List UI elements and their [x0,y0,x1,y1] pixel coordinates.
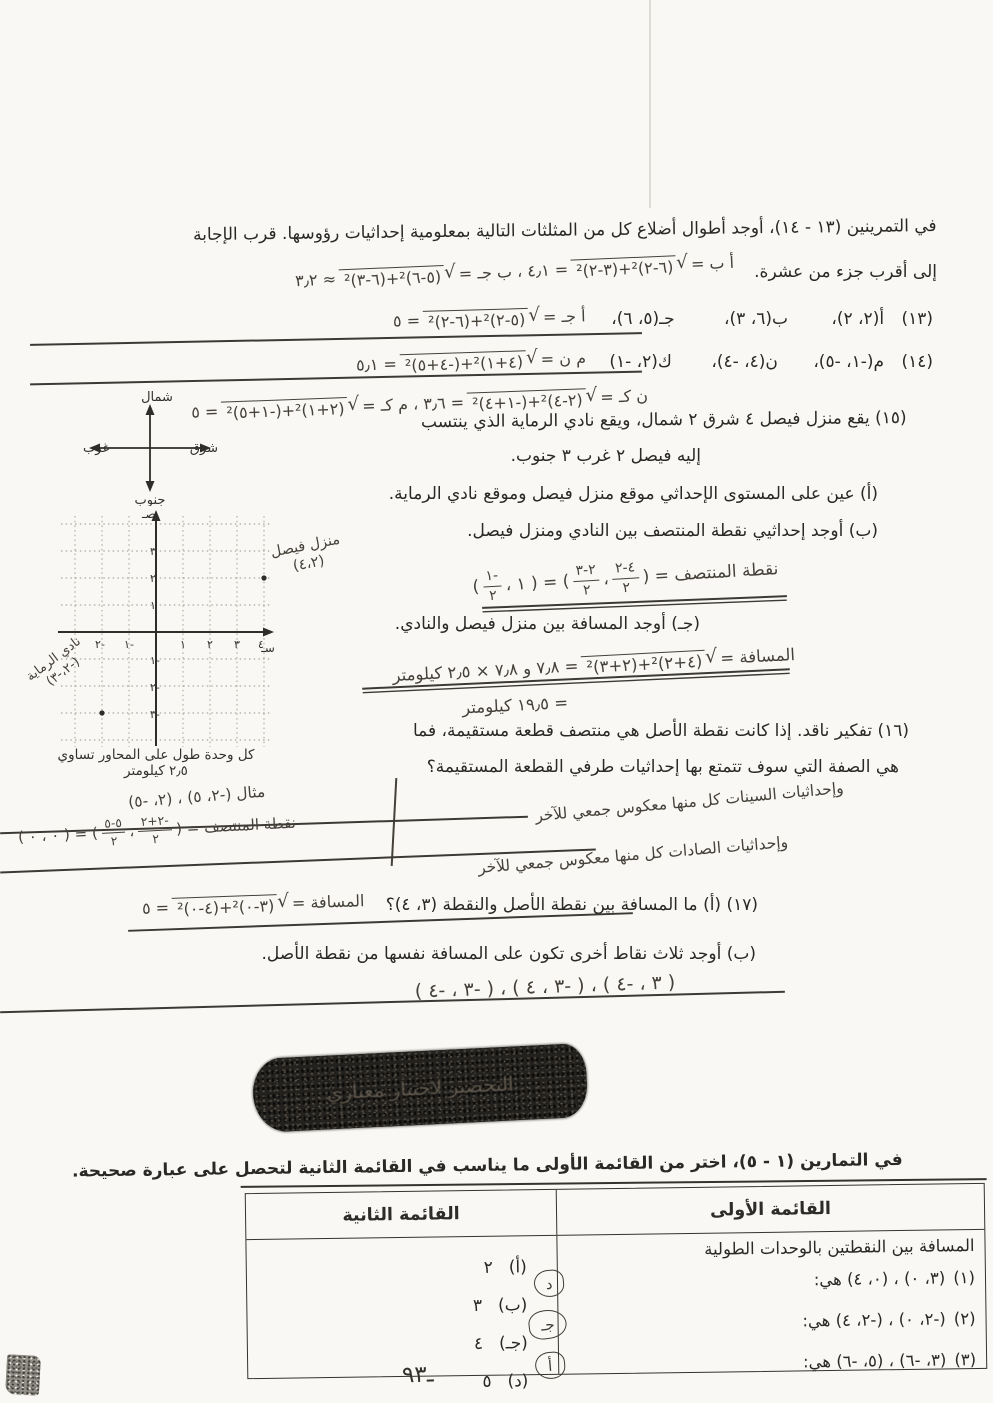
matching-table: القائمة الأولى القائمة الثانية المسافة ب… [245,1183,988,1379]
sqrt-symbol: √ [585,386,597,407]
exercise-13-number: (١٣) [901,309,933,329]
x-tick-4: ٤ [258,638,264,651]
matching-intro: في التمارين (١ - ٥)، اختر من القائمة الأ… [72,1150,903,1182]
x-tick-3: ٣ [234,638,240,651]
x-tick-neg1: -١ [124,638,134,651]
radical: √(٥-٦)²+(٦-٣)² [339,264,457,290]
y-tick-1: ١ [150,599,156,612]
house-point-label: منزل فيصل (٤،٢) [269,531,345,580]
sqrt-symbol: √ [277,892,289,913]
handwritten-midpoint-16: نقطة المنتصف = (-٢+٢٢،٥-٥٢) = ( ٠ ، ٠ ) [17,808,296,853]
compass-east-label: شرق [190,441,218,456]
x-tick-2: ٢ [207,638,213,651]
sqrt-symbol: √ [705,647,718,669]
matching-item-1: (١) (٣، ٠) ، (٠، ٤) هي: د [558,1257,976,1304]
y-tick-neg2: -٢ [150,681,160,694]
matching-item-3: (٣) (٣، -٦) ، (٥، -٦) هي: أ [559,1339,977,1386]
south-arrowhead [146,481,155,492]
handwritten-answer-16-row2: وإحداثيات الصادات كل منها معكوس جمعي للآ… [477,833,788,877]
handwritten-answer-circle-3: أ [534,1351,566,1380]
y-tick-neg1: -١ [150,654,160,667]
sqrt-symbol: √ [526,348,538,369]
handwritten-answer-16-row1: وإحداثيات السينات كل منها معكوس جمعي للآ… [534,779,844,825]
point-a: أ(٢، ٢)، [831,309,884,329]
y-tick-3: ٣ [150,545,156,558]
exercise-14-row: (١٤) م(-١، -٥)، ن(٤، -٤)، ك(٢، -١) م ن =… [356,352,933,373]
exercise-16-line2: هي الصفة التي سوف تتمتع بها إحداثيات طرف… [427,757,899,777]
radical: √(٢-٤)²+(-١+٤)² [467,388,598,414]
exercise-15-line1: (١٥) يقع منزل فيصل ٤ شرق ٢ شمال، ويقع نا… [421,408,907,432]
point-m: م(-١، -٥)، [813,352,884,372]
exercise-15-part-b: (ب) أوجد إحداثيي نقطة المنتصف بين النادي… [467,521,878,541]
option-a: (أ) ٢ [247,1248,527,1290]
sqrt-symbol: √ [444,262,457,283]
exercise-14-number: (١٤) [901,352,933,372]
handwritten-work-17a: المسافة =√(٣-٠)²+(٤-٠)²= ٥ [142,891,365,920]
handwritten-divider-bar [391,778,398,866]
point-k: ك(٢، -١) [609,352,672,372]
y-tick-neg3: -٣ [150,708,160,721]
compass-west-label: غرب [83,441,109,456]
exercise-13-row: (١٣) أ(٢، ٢)، ب(٦، ٣)، جـ(٥، ٦)، أ جـ =√… [393,309,933,330]
house-point [261,575,266,580]
point-c: جـ(٥، ٦)، [611,309,674,329]
sqrt-symbol: √ [676,253,689,274]
scan-edge-line [649,0,651,208]
handwritten-answer-circle-2: جـ [527,1308,568,1341]
intro-line1: في التمرينين (١٣ - ١٤)، أوجد أطوال أضلاع… [193,216,937,245]
second-list-header: القائمة الثانية [246,1190,557,1239]
exercise-16-line1: (١٦) تفكير ناقد. إذا كانت نقطة الأصل هي … [413,721,909,741]
exercise-17-part-b: (ب) أوجد ثلاث نقاط أخرى تكون على المسافة… [262,944,757,964]
x-tick-1: ١ [180,638,186,651]
fraction: -٢+٢٢ [137,814,173,847]
radical: √(٤+١)²+(-٤+٥)² [399,350,538,375]
handwritten-example-16: مثال (-٢، ٥) ، (٢، -٥) [128,783,266,812]
sqrt-symbol: √ [528,306,540,327]
radical: √(٦-٢)²+(٣-٢)² [571,255,689,281]
exercise-17-part-a: (١٧) (أ) ما المسافة بين نقطة الأصل والنق… [386,895,758,915]
handwritten-work-13ab: أ ب =√(٦-٢)²+(٣-٢)²= ٤٫١ ، ب جـ =√(٥-٦)²… [295,253,735,292]
radical: √(٣-٠)²+(٤-٠)² [172,894,290,919]
y-tick-2: ٢ [150,572,156,585]
matching-item-2: (٢) (-٢، ٠) ، (-٢، ٤) هي: جـ [558,1298,976,1345]
fraction: ٤-٢٢ [611,560,639,596]
fraction: ٢-٣٢ [572,563,600,599]
exercise-15-line2: إليه فيصل ٢ غرب ٣ جنوب. [511,446,701,466]
point-n: ن(٤، -٤)، [711,352,778,372]
option-d: (د) ٥ [248,1362,528,1403]
intro-line2-row: إلى أقرب جزء من عشرة. أ ب =√(٦-٢)²+(٣-٢)… [295,262,937,283]
coordinate-grid-figure: صـ سـ ١ ٢ ٣ ٤ -١ -٢ ١ ٢ ٣ -١ -٢ -٣ [38,502,276,754]
underline-rule [30,332,642,345]
point-b: ب(٦، ٣)، [724,309,788,329]
handwritten-distance-15: المسافة =√(٤+٢)²+(٢+٣)²= ٧٫٨ و ٧٫٨ × ٢٫٥… [392,645,795,687]
handwritten-work-13c: أ جـ =√(٥-٢)²+(٦-٢)²= ٥ [393,306,586,332]
fraction: -١٢ [482,568,503,603]
first-list-column: المسافة بين النقطتين بالوحدات الطولية (١… [556,1230,986,1374]
exercise-15-part-c: (جـ) أوجد المسافة بين منزل فيصل والنادي. [395,614,700,634]
section-banner-stamp: التحضير لاختبار معياري [251,1043,588,1133]
corner-stamp [5,1354,41,1396]
exercise-17a-row: (١٧) (أ) ما المسافة بين نقطة الأصل والنق… [142,895,758,916]
option-b: (ب) ٣ [247,1286,527,1328]
exercise-15-part-a: (أ) عين على المستوى الإحداثي موقع منزل ف… [389,484,878,504]
option-c: (جـ) ٤ [248,1324,528,1366]
compass-figure: شمال جنوب شرق غرب [65,388,255,506]
fraction: ٥-٥٢ [101,817,126,849]
x-axis-arrowhead [263,628,274,637]
north-arrowhead [146,404,155,415]
sqrt-symbol: √ [347,395,359,416]
section-banner-text: التحضير لاختبار معياري [326,1071,514,1104]
intro-line2: إلى أقرب جزء من عشرة. [754,262,937,282]
club-point [99,710,104,715]
radical: √(٥-٢)²+(٦-٢)² [423,308,540,332]
first-list-header: القائمة الأولى [556,1184,985,1235]
second-list-column: (أ) ٢ (ب) ٣ (جـ) ٤ (د) ٥ [246,1236,558,1378]
y-axis-label: صـ [141,507,156,521]
scanned-textbook-page: في التمرينين (١٣ - ١٤)، أوجد أطوال أضلاع… [0,0,993,1403]
grid-caption: كل وحدة طول على المحاور تساوي ٢٫٥ كيلومت… [50,747,262,779]
underline-rule [30,371,642,386]
compass-north-label: شمال [141,390,173,405]
page-number: ـ٩٣ [402,1361,434,1388]
handwritten-distance-result-15: = ١٩٫٥ كيلومتر [462,693,569,718]
